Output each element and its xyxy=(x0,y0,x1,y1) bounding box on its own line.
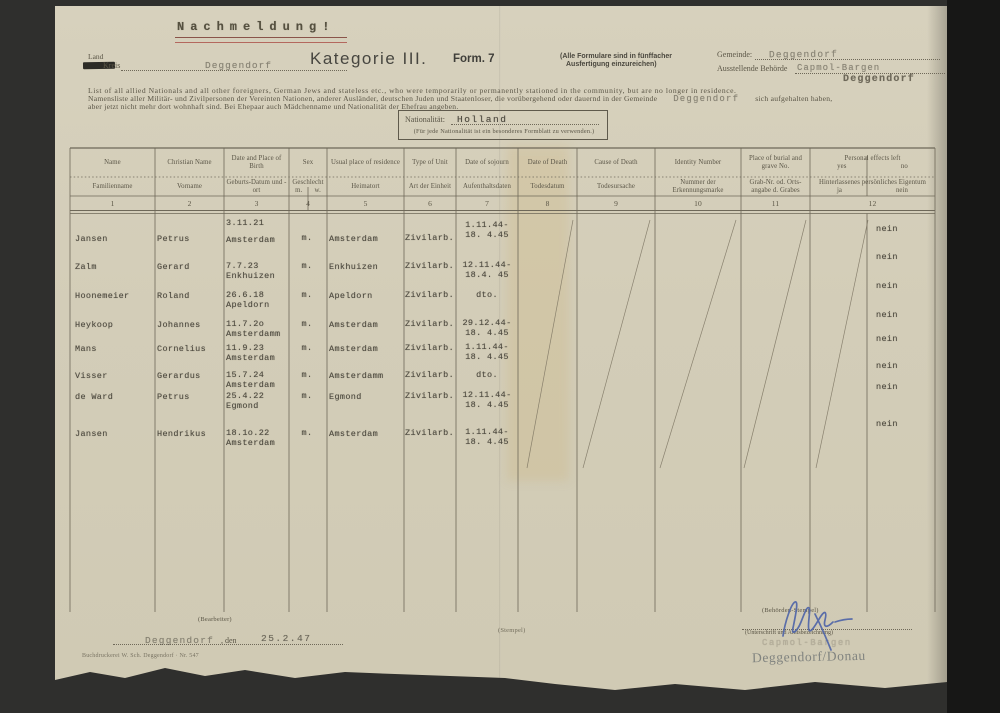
column-number: 6 xyxy=(428,200,432,207)
column-label-en: Date of Death xyxy=(520,159,575,166)
column-label-de: Aufenthaltsdaten xyxy=(458,183,516,190)
cell-birth-date: 7.7.23 xyxy=(226,262,259,271)
cell-sex: m. xyxy=(289,320,325,329)
column-number: 12 xyxy=(869,200,877,207)
cell-effects: nein xyxy=(876,282,898,291)
column-number: 3 xyxy=(255,200,259,207)
column-number: 2 xyxy=(188,200,192,207)
sub-label-left: ja xyxy=(837,187,842,194)
header-cell-en: Sex xyxy=(289,149,327,176)
table-row: JansenHendrikus18.1o.22Amsterdamm.Amster… xyxy=(70,418,935,452)
place-value: Deggendorf xyxy=(145,635,214,646)
signature-dotted-line xyxy=(742,620,912,630)
column-label-de: Geschlecht xyxy=(291,179,325,186)
column-label-en: Identity Number xyxy=(657,159,739,166)
header-cell-de: Familienname xyxy=(70,178,155,195)
column-label-de: Heimatort xyxy=(329,183,402,190)
header-cell-de: Todesdatum xyxy=(518,178,577,195)
cell-sojourn-from: 12.11.44- xyxy=(456,261,518,270)
cell-sojourn-from: dto. xyxy=(456,371,518,380)
column-number: 10 xyxy=(694,200,702,207)
header-cell-en: Date and Place of Birth xyxy=(224,149,289,176)
header-cell-number: 6 xyxy=(404,197,456,210)
sub-label-left: m. xyxy=(295,187,302,194)
cell-effects: nein xyxy=(876,335,898,344)
column-label-en: Type of Unit xyxy=(406,159,454,166)
column-number: 11 xyxy=(772,200,779,207)
column-number: 9 xyxy=(614,200,618,207)
column-label-de: Nummer der Erkennungsmarke xyxy=(657,179,739,194)
cell-vorname: Hendrikus xyxy=(157,430,206,439)
cell-sojourn-to: 18.4. 45 xyxy=(456,271,518,280)
cell-unit: Zivilarb. xyxy=(405,234,454,243)
column-label-de: Geburts-Datum und -ort xyxy=(226,179,287,194)
cell-unit: Zivilarb. xyxy=(405,392,454,401)
cell-residence: Amsterdam xyxy=(329,345,378,354)
cell-sojourn-from: 1.11.44- xyxy=(456,343,518,352)
header-cell-de: Vorname xyxy=(155,178,224,195)
cell-birth-date: 18.1o.22 xyxy=(226,429,270,438)
header-cell-en: Cause of Death xyxy=(577,149,655,176)
column-label-en: Christian Name xyxy=(157,159,222,166)
den-label: , den xyxy=(221,636,237,645)
header-cell-en: Type of Unit xyxy=(404,149,456,176)
cell-vorname: Johannes xyxy=(157,321,201,330)
cell-effects: nein xyxy=(876,225,898,234)
printer-imprint: Buchdruckerei W. Sch. Deggendorf · Nr. 5… xyxy=(82,653,199,659)
header-cell-number: 11 xyxy=(741,197,810,210)
scanner-background-right xyxy=(947,0,1000,713)
cell-unit: Zivilarb. xyxy=(405,344,454,353)
column-label-de: Vorname xyxy=(157,183,222,190)
office-stamp-place: Deggendorf/Donau xyxy=(752,648,866,666)
cell-unit: Zivilarb. xyxy=(405,371,454,380)
mw-subrow: m.w. xyxy=(289,187,327,194)
cell-sex: m. xyxy=(289,291,325,300)
header-cell-number: 2 xyxy=(155,197,224,210)
cell-sex: m. xyxy=(289,429,325,438)
cell-residence: Egmond xyxy=(329,393,362,402)
column-label-de: Todesdatum xyxy=(520,183,575,190)
column-label-en: Sex xyxy=(291,159,325,166)
table: NameFamilienname1Christian NameVorname2D… xyxy=(55,6,947,690)
column-label-en: Place of burial and grave No. xyxy=(743,155,808,170)
header-cell-de: Art der Einheit xyxy=(404,178,456,195)
cell-familienname: Visser xyxy=(75,372,108,381)
header-cell-en: Date of sojourn xyxy=(456,149,518,176)
cell-unit: Zivilarb. xyxy=(405,320,454,329)
cell-sojourn-from: dto. xyxy=(456,291,518,300)
column-label-en: Usual place of residence xyxy=(329,159,402,166)
yes-no-subrow: yesno xyxy=(810,163,935,170)
cell-effects: nein xyxy=(876,383,898,392)
column-label-de: Familienname xyxy=(72,183,153,190)
cell-effects: nein xyxy=(876,362,898,371)
cell-sex: m. xyxy=(289,344,325,353)
header-cell-number: 12 xyxy=(810,197,935,210)
cell-sex: m. xyxy=(289,262,325,271)
cell-birth-date: 3.11.21 xyxy=(226,219,264,228)
cell-sex: m. xyxy=(289,392,325,401)
header-cell-de: Heimatort xyxy=(327,178,404,195)
scanned-form-sheet: Nachmeldung! Land Kreis Deggendorf Kateg… xyxy=(55,6,947,690)
cell-vorname: Roland xyxy=(157,292,190,301)
header-cell-de: Todesursache xyxy=(577,178,655,195)
cell-effects: nein xyxy=(876,253,898,262)
header-cell-de: Geschlechtm.w. xyxy=(289,178,327,195)
header-cell-en: Usual place of residence xyxy=(327,149,404,176)
cell-birth-place: Egmond xyxy=(226,402,259,411)
cell-sojourn-to: 18. 4.45 xyxy=(456,438,518,447)
behoerden-stempel-label: (Behörden-Stempel) xyxy=(762,607,819,614)
column-label-en: Personal effects left xyxy=(812,155,933,162)
cell-birth-date: 11.9.23 xyxy=(226,344,264,353)
header-cell-number: 10 xyxy=(655,197,741,210)
header-cell-number: 9 xyxy=(577,197,655,210)
header-cell-en: Christian Name xyxy=(155,149,224,176)
cell-residence: Amsterdam xyxy=(329,321,378,330)
cell-vorname: Petrus xyxy=(157,393,190,402)
cell-birth-date: 15.7.24 xyxy=(226,371,264,380)
cell-sex: m. xyxy=(289,234,325,243)
header-cell-de: Nummer der Erkennungsmarke xyxy=(655,178,741,195)
cell-residence: Amsterdam xyxy=(329,235,378,244)
cell-residence: Apeldorn xyxy=(329,292,373,301)
sub-label-no: no xyxy=(901,163,908,170)
column-number: 4 xyxy=(306,200,310,207)
cell-unit: Zivilarb. xyxy=(405,429,454,438)
header-cell-number: 8 xyxy=(518,197,577,210)
table-row: de WardPetrus25.4.22Egmondm.EgmondZivila… xyxy=(70,381,935,415)
cell-familienname: Mans xyxy=(75,345,97,354)
cell-unit: Zivilarb. xyxy=(405,291,454,300)
column-label-en: Cause of Death xyxy=(579,159,653,166)
cell-familienname: Jansen xyxy=(75,430,108,439)
sub-label-right: w. xyxy=(315,187,321,194)
column-label-de: Hinterlassenes persönliches Eigentum xyxy=(812,179,933,186)
stempel-label: (Stempel) xyxy=(498,627,525,634)
header-cell-number: 3 xyxy=(224,197,289,210)
bearbeiter-label: (Bearbeiter) xyxy=(198,616,232,623)
cell-sojourn-to: 18. 4.45 xyxy=(456,231,518,240)
header-cell-en: Date of Death xyxy=(518,149,577,176)
cell-sojourn-from: 1.11.44- xyxy=(456,428,518,437)
cell-birth-date: 11.7.2o xyxy=(226,320,264,329)
cell-sojourn-to: 18. 4.45 xyxy=(456,401,518,410)
cell-sojourn-from: 29.12.44- xyxy=(456,319,518,328)
column-label-en: Date of sojourn xyxy=(458,159,516,166)
cell-unit: Zivilarb. xyxy=(405,262,454,271)
cell-vorname: Cornelius xyxy=(157,345,206,354)
column-label-de: Grab-Nr. od. Orts-angabe d. Grabes xyxy=(743,179,808,194)
column-number: 1 xyxy=(111,200,115,207)
office-stamp-faint-line: Capmol-Bargen xyxy=(762,638,852,648)
cell-familienname: Heykoop xyxy=(75,321,113,330)
cell-familienname: Zalm xyxy=(75,263,97,272)
cell-effects: nein xyxy=(876,311,898,320)
header-cell-en: Personal effects leftyesno xyxy=(810,149,935,176)
cell-sex: m. xyxy=(289,371,325,380)
sub-label-yes: yes xyxy=(837,163,846,170)
cell-birth-date: 25.4.22 xyxy=(226,392,264,401)
mw-subrow: janein xyxy=(810,187,935,194)
cell-vorname: Gerardus xyxy=(157,372,201,381)
cell-birth-date: 26.6.18 xyxy=(226,291,264,300)
header-cell-number: 4 xyxy=(289,197,327,210)
header-cell-en: Name xyxy=(70,149,155,176)
header-cell-de: Hinterlassenes persönliches Eigentumjane… xyxy=(810,178,935,195)
cell-residence: Amsterdamm xyxy=(329,372,384,381)
cell-familienname: Jansen xyxy=(75,235,108,244)
column-number: 7 xyxy=(485,200,489,207)
header-cell-number: 5 xyxy=(327,197,404,210)
cell-residence: Amsterdam xyxy=(329,430,378,439)
cell-residence: Enkhuizen xyxy=(329,263,378,272)
unterschrift-label: (Unterschrift und Amtsbezeichnung) xyxy=(745,630,833,636)
header-cell-de: Grab-Nr. od. Orts-angabe d. Grabes xyxy=(741,178,810,195)
cell-birth-place: Amsterdam xyxy=(226,439,275,448)
header-cell-number: 1 xyxy=(70,197,155,210)
cell-familienname: de Ward xyxy=(75,393,113,402)
header-cell-de: Geburts-Datum und -ort xyxy=(224,178,289,195)
cell-vorname: Gerard xyxy=(157,263,190,272)
header-cell-de: Aufenthaltsdaten xyxy=(456,178,518,195)
column-label-en: Date and Place of Birth xyxy=(226,155,287,170)
cell-sojourn-from: 1.11.44- xyxy=(456,221,518,230)
column-label-de: Art der Einheit xyxy=(406,183,454,190)
cell-sojourn-from: 12.11.44- xyxy=(456,391,518,400)
header-cell-en: Identity Number xyxy=(655,149,741,176)
header-cell-number: 7 xyxy=(456,197,518,210)
column-label-en: Name xyxy=(72,159,153,166)
column-number: 5 xyxy=(364,200,368,207)
column-number: 8 xyxy=(546,200,550,207)
cell-birth-place: Amsterdam xyxy=(226,236,275,245)
header-cell-en: Place of burial and grave No. xyxy=(741,149,810,176)
column-label-de: Todesursache xyxy=(579,183,653,190)
cell-vorname: Petrus xyxy=(157,235,190,244)
cell-effects: nein xyxy=(876,420,898,429)
sub-label-right: nein xyxy=(896,187,908,194)
date-value: 25.2.47 xyxy=(261,633,311,644)
cell-familienname: Hoonemeier xyxy=(75,292,130,301)
